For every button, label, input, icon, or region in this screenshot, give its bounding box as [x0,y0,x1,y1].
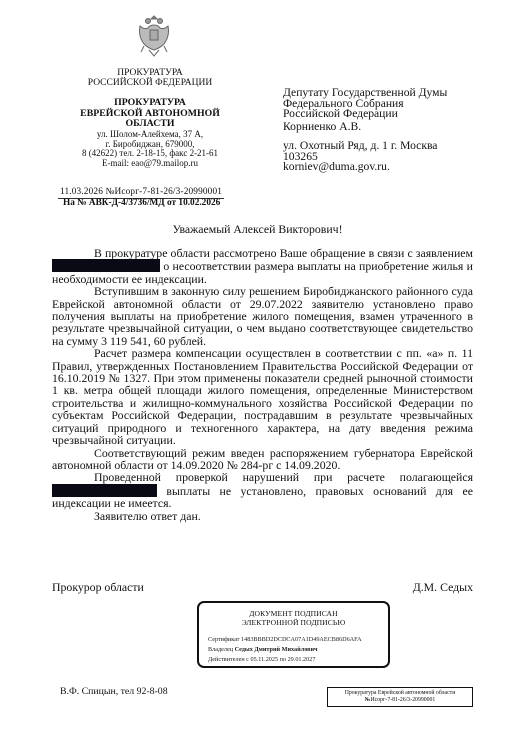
signature-row: Прокурор области Д.М. Седых [52,580,473,595]
registration-stamp: Прокуратура Еврейской автономной области… [327,687,473,707]
stamp-title-line: ДОКУМЕНТ ПОДПИСАН [199,609,388,618]
org-address: ул. Шолом-Алейхема, 37 А, г. Биробиджан,… [50,130,250,168]
paragraph-6: Заявителю ответ дан. [52,510,473,522]
stamp-owner-label: Владелец [208,646,233,653]
paragraph-text: В прокуратуре области рассмотрено Ваше о… [94,246,473,260]
redacted-block [52,484,157,497]
org-name: ПРОКУРАТУРА РОССИЙСКОЙ ФЕДЕРАЦИИ [50,68,250,88]
recipient-name: Корниенко А.В. [283,122,361,133]
recipient-line: Российской Федерации [283,109,447,120]
electronic-signature-stamp: ДОКУМЕНТ ПОДПИСАН ЭЛЕКТРОННОЙ ПОДПИСЬЮ С… [197,601,390,668]
registration-number-value: Исорг-7-81-26/3-20990001 [370,697,435,703]
org-line: ПРОКУРАТУРА [50,68,250,78]
email-line: E-mail: eao@79.mailop.ru [50,159,250,169]
stamp-owner: Владелец Седых Дмитрий Михайлович [208,646,318,653]
russian-coat-of-arms-icon [136,12,172,60]
letter-body: В прокуратуре области рассмотрено Ваше о… [52,247,473,522]
stamp-owner-name: Седых Дмитрий Михайлович [235,646,318,653]
registration-number: №Исорг-7-81-26/3-20990001 [328,697,472,704]
paragraph-2: Вступившим в законную силу решением Биро… [52,285,473,347]
stamp-certificate: Сертификат 1483BBBD2DCDCA07A1D49AECB86D6… [208,636,362,643]
paragraph-5: Проведенной проверкой нарушений при расч… [52,471,473,509]
greeting: Уважаемый Алексей Викторович! [0,222,515,237]
sub-org-name: ПРОКУРАТУРА ЕВРЕЙСКОЙ АВТОНОМНОЙ ОБЛАСТИ [50,98,250,130]
signatory-position: Прокурор области [52,580,144,594]
org-line: РОССИЙСКОЙ ФЕДЕРАЦИИ [50,78,250,88]
reference-number: На № АВК-Д-4/3736/МД от 10.02.2026 [63,198,220,208]
sub-org-line: ПРОКУРАТУРА [50,98,250,109]
recipient-title: Депутату Государственной Думы Федерально… [283,88,447,120]
sub-org-line: ОБЛАСТИ [50,119,250,130]
paragraph-3: Расчет размера компенсации осуществлен в… [52,347,473,446]
stamp-validity: Действителен с 05.11.2025 по 29.01.2027 [208,656,315,663]
redacted-block [52,259,160,272]
stamp-title-line: ЭЛЕКТРОННОЙ ПОДПИСЬЮ [199,618,388,627]
registration-org: Прокуратура Еврейской автономной области [328,690,472,697]
paragraph-1: В прокуратуре области рассмотрено Ваше о… [52,247,473,285]
executor-info: В.Ф. Спицын, тел 92-8-08 [60,686,168,697]
signatory-name: Д.М. Седых [413,580,473,595]
recipient-email: korniev@duma.gov.ru. [283,162,437,173]
paragraph-text: Проведенной проверкой нарушений при расч… [94,470,473,484]
recipient-address: ул. Охотный Ряд, д. 1 г. Москва 103265 k… [283,141,437,173]
stamp-title: ДОКУМЕНТ ПОДПИСАН ЭЛЕКТРОННОЙ ПОДПИСЬЮ [199,609,388,627]
paragraph-4: Соответствующий режим введен распоряжени… [52,447,473,472]
